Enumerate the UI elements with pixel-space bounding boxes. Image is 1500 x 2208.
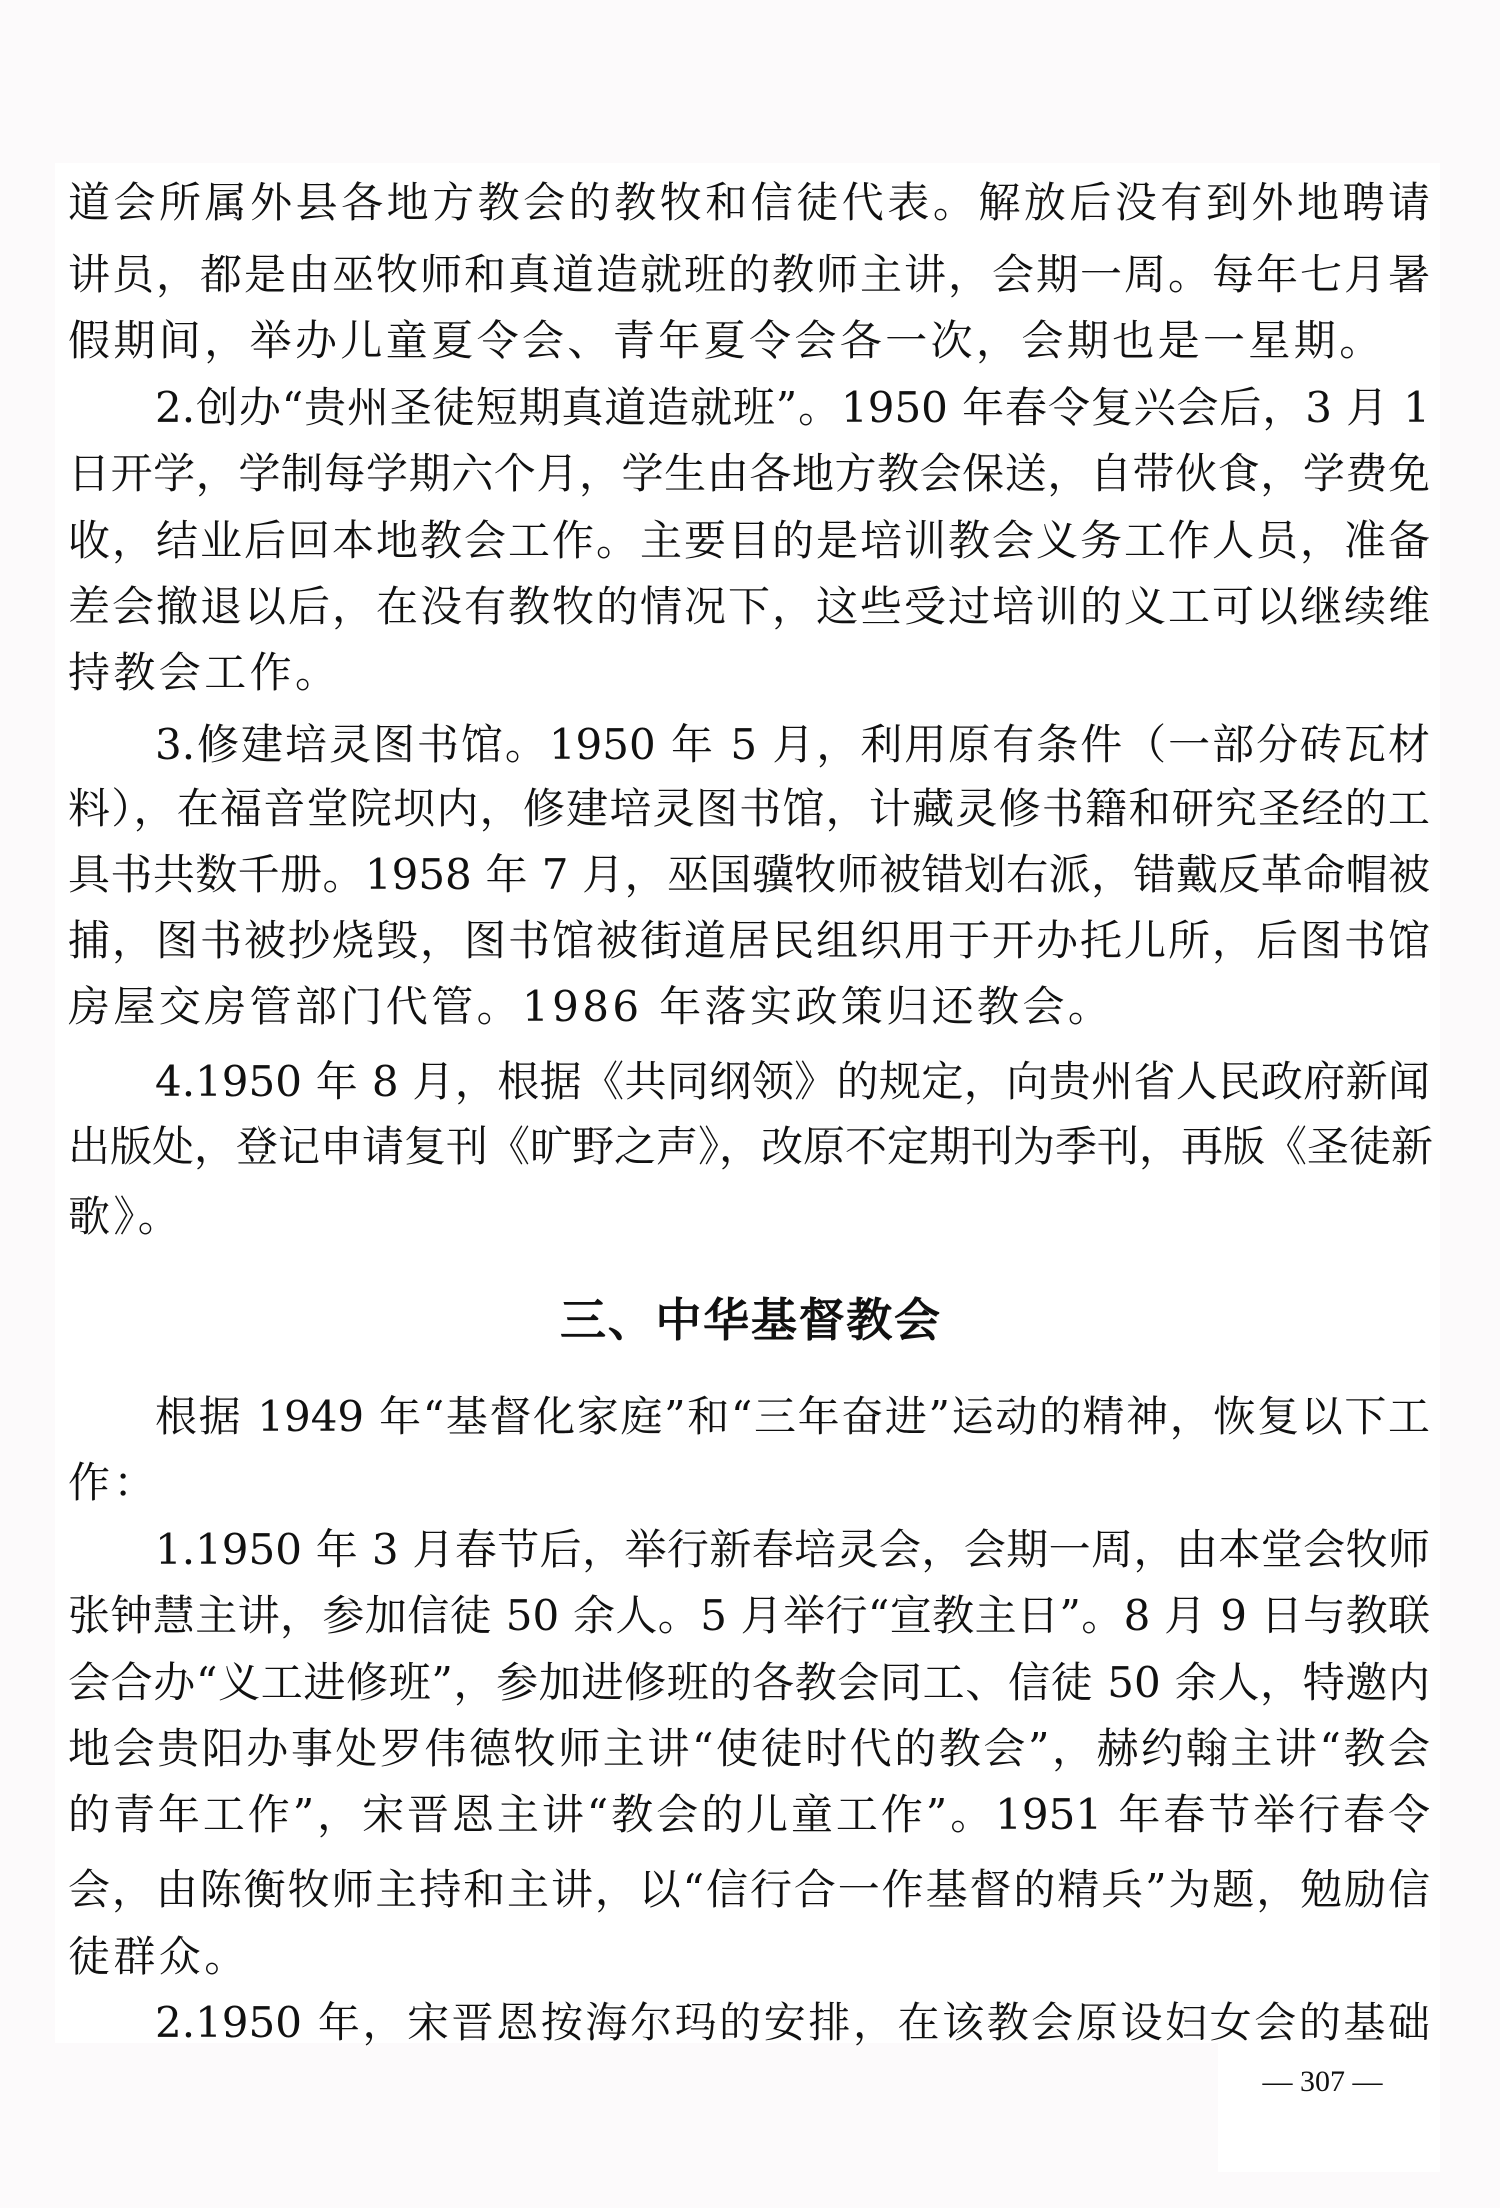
text-line: 会，由陈衡牧师主持和主讲，以“信行合一作基督的精兵”为题，勉励信 <box>68 1862 1430 1918</box>
text-line: 料），在福音堂院坝内，修建培灵图书馆，计藏灵修书籍和研究圣经的工 <box>68 781 1430 837</box>
paragraph-start-line: 根据 1949 年“基督化家庭”和“三年奋进”运动的精神，恢复以下工 <box>155 1389 1430 1445</box>
text-line: 徒群众。 <box>68 1929 1430 1985</box>
text-line: 道会所属外县各地方教会的教牧和信徒代表。解放后没有到外地聘请 <box>68 175 1430 231</box>
paragraph-start-line: 2.1950 年，宋晋恩按海尔玛的安排，在该教会原设妇女会的基础 <box>155 1995 1430 2051</box>
text-line: 作： <box>68 1455 1430 1511</box>
paragraph-start-line: 3.修建培灵图书馆。1950 年 5 月，利用原有条件（一部分砖瓦材 <box>155 717 1430 773</box>
text-line: 地会贵阳办事处罗伟德牧师主讲“使徒时代的教会”，赫约翰主讲“教会 <box>68 1721 1430 1777</box>
text-line: 房屋交房管部门代管。1986 年落实政策归还教会。 <box>68 979 1430 1035</box>
text-line: 歌》。 <box>68 1189 1430 1245</box>
text-line: 持教会工作。 <box>68 645 1430 701</box>
text-line: 会合办“义工进修班”，参加进修班的各教会同工、信徒 50 余人，特邀内 <box>68 1655 1430 1711</box>
text-line: 具书共数千册。1958 年 7 月，巫国骥牧师被错划右派，错戴反革命帽被 <box>68 847 1430 903</box>
text-line: 讲员，都是由巫牧师和真道造就班的教师主讲，会期一周。每年七月暑 <box>68 247 1430 303</box>
text-line: 张钟慧主讲，参加信徒 50 余人。5 月举行“宣教主日”。8 月 9 日与教联 <box>68 1588 1430 1644</box>
paragraph-start-line: 4.1950 年 8 月，根据《共同纲领》的规定，向贵州省人民政府新闻 <box>155 1054 1430 1110</box>
section-heading: 三、中华基督教会 <box>560 1290 940 1350</box>
footer-sheet <box>1218 2042 1440 2172</box>
paragraph-start-line: 1.1950 年 3 月春节后，举行新春培灵会，会期一周，由本堂会牧师 <box>155 1522 1430 1578</box>
text-line: 捕，图书被抄烧毁，图书馆被街道居民组织用于开办托儿所，后图书馆 <box>68 913 1430 969</box>
paragraph-start-line: 2.创办“贵州圣徒短期真道造就班”。1950 年春令复兴会后，3 月 1 <box>155 380 1430 436</box>
text-line: 日开学，学制每学期六个月，学生由各地方教会保送，自带伙食，学费免 <box>68 446 1430 502</box>
text-line: 的青年工作”，宋晋恩主讲“教会的儿童工作”。1951 年春节举行春令 <box>68 1787 1430 1843</box>
text-line: 差会撤退以后，在没有教牧的情况下，这些受过培训的义工可以继续维 <box>68 579 1430 635</box>
page-number: — 307 — <box>1245 2064 1400 2100</box>
text-line: 假期间，举办儿童夏令会、青年夏令会各一次，会期也是一星期。 <box>68 313 1430 369</box>
text-line: 收，结业后回本地教会工作。主要目的是培训教会义务工作人员，准备 <box>68 513 1430 569</box>
text-line: 出版处，登记申请复刊《旷野之声》，改原不定期刊为季刊，再版《圣徒新 <box>68 1119 1430 1175</box>
